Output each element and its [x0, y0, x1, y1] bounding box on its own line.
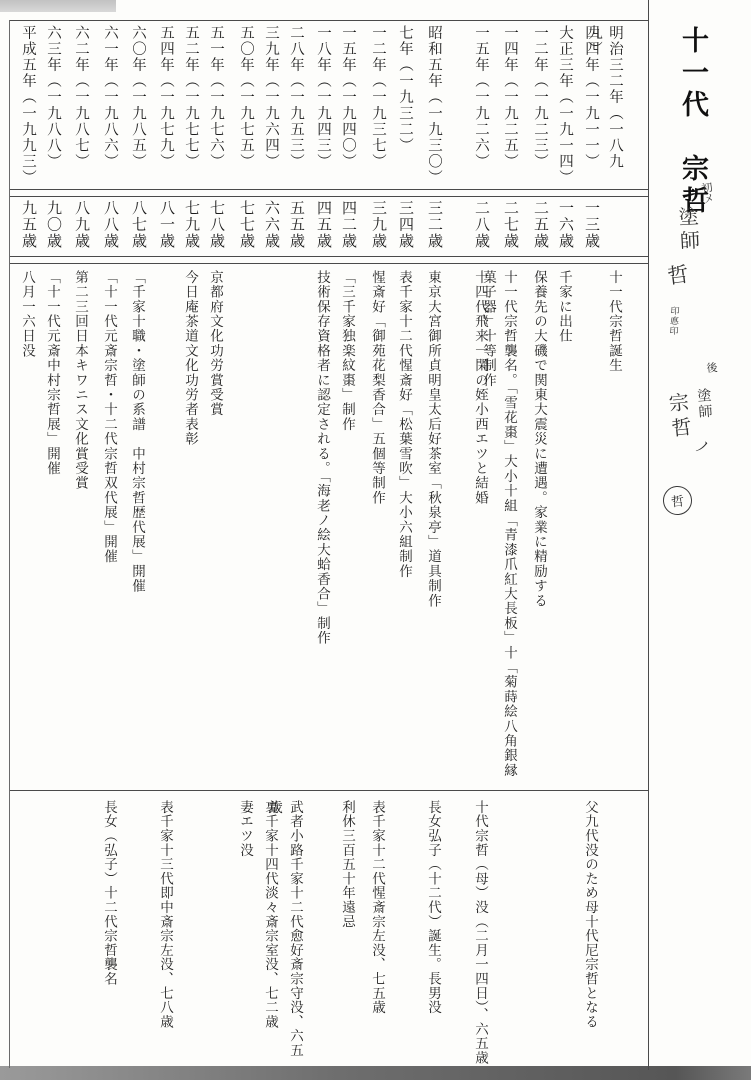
- age-cell: 一六歳: [551, 197, 575, 254]
- age-cell: 八八歳: [96, 197, 120, 254]
- year-cell: 六〇年（一九八五）: [124, 22, 148, 188]
- event-cell: 八月一六日没: [12, 266, 38, 788]
- age-cell: 三二歳: [420, 197, 444, 254]
- year-cell: 一五年（一九二六）: [467, 22, 491, 188]
- year-cell: 昭和五年（一九三〇）: [420, 22, 444, 188]
- event-cell: 惺斎好「御苑花梨香合」五個等制作: [362, 266, 388, 788]
- age-cell: 二五歳: [526, 197, 550, 254]
- year-cell: 二八年（一九五三）: [282, 22, 306, 188]
- year-cell: 平成五年（一九九三）: [14, 22, 38, 188]
- age-cell: 六六歳: [257, 197, 281, 254]
- handwritten-signature-early-char: 哲: [661, 262, 693, 286]
- age-cell: 一三歳: [577, 197, 601, 254]
- event-cell: 第二三回日本キワニス文化賞受賞: [65, 266, 91, 788]
- year-cell: 一二年（一九二三）: [526, 22, 550, 188]
- event-cell: 東京大宮御所貞明皇太后好茶室「秋泉亭」道具制作: [418, 266, 444, 788]
- family-event-cell: 表千家十三代即中斎宗左没、七八歳: [150, 794, 176, 1070]
- age-cell: 九〇歳: [39, 197, 63, 254]
- year-cell: 明治三二年（一八九九）: [601, 22, 625, 188]
- age-cell: 八九歳: [67, 197, 91, 254]
- family-event-cell: 父九代没のため母十代尼宗哲となる: [575, 794, 601, 1070]
- event-cell: 千家に出仕: [549, 266, 575, 788]
- handwritten-note-first: 初メ: [697, 181, 717, 205]
- age-cell: 三九歳: [364, 197, 388, 254]
- year-cell: 四四年（一九一一）: [577, 22, 601, 188]
- family-event-cell: 妻エツ没: [230, 794, 256, 1070]
- year-cell: 五一年（一九七六）: [202, 22, 226, 188]
- family-event-cell: 長女弘子（十二代）誕生。長男没: [418, 794, 444, 1070]
- event-cell: 表千家十二代惺斎好「松葉雪吹」大小六組制作: [389, 266, 415, 788]
- year-cell: 六一年（一九八六）: [96, 22, 120, 188]
- year-cell: 七年（一九三二）: [391, 22, 415, 188]
- handwritten-note-later: 後: [703, 361, 720, 373]
- year-cell: 六二年（一九八七）: [67, 22, 91, 188]
- handwritten-seal-note: 印悳印: [666, 306, 681, 337]
- age-cell: 七九歳: [177, 197, 201, 254]
- family-event-cell: 利休三百五十年遠忌: [332, 794, 358, 1070]
- handwritten-flourish: ノ: [688, 435, 714, 456]
- event-cell: 十四代飛来一閑の姪小西エツと結婚: [465, 266, 491, 788]
- handwritten-seal-circle: 哲: [662, 485, 693, 516]
- age-band: 一三歳一六歳二五歳二七歳二八歳三二歳三四歳三九歳四二歳四五歳五五歳六六歳七七歳七…: [9, 197, 648, 255]
- year-cell: 一二年（一九三七）: [364, 22, 388, 188]
- event-cell: 十一代宗哲誕生: [599, 266, 625, 788]
- event-cell: 「三千家独楽紋棗」制作: [332, 266, 358, 788]
- family-event-cell: 武者小路千家十二代愈好斎宗守没、六五歳: [280, 794, 306, 1070]
- event-cell: 今日庵茶道文化功労者表彰: [175, 266, 201, 788]
- family-event-cell: 表千家十二代惺斎宗左没、七五歳: [362, 794, 388, 1070]
- scanned-chronology-page: 十一代 宗哲 初メ 塗師 哲 印悳印 後 塗師 宗哲 ノ 哲 明治三二年（一八九…: [0, 0, 751, 1080]
- family-event-cell: 長女（弘子）十二代宗哲襲名: [94, 794, 120, 1070]
- age-cell: 五五歳: [282, 197, 306, 254]
- year-cell: 一五年（一九四〇）: [334, 22, 358, 188]
- age-cell: 四五歳: [309, 197, 333, 254]
- year-cell: 三九年（一九六四）: [257, 22, 281, 188]
- age-cell: 七八歳: [202, 197, 226, 254]
- event-cell: 「千家十職・塗師の系譜 中村宗哲歴代展」開催: [122, 266, 148, 788]
- event-cell: 「十一代元斎宗哲・十二代宗哲双代展」開催: [94, 266, 120, 788]
- family-event-cell: 十代宗哲（母）没（二月一四日）、六五歳: [465, 794, 491, 1070]
- family-events-band: 父九代没のため母十代尼宗哲となる十代宗哲（母）没（二月一四日）、六五歳長女弘子（…: [9, 794, 648, 1070]
- event-cell: 保養先の大磯で関東大震災に遭遇。家業に精励する: [524, 266, 550, 788]
- age-cell: 七七歳: [232, 197, 256, 254]
- year-band: 明治三二年（一八九九）四四年（一九一一）大正三年（一九一四）一二年（一九二三）一…: [9, 22, 648, 188]
- age-cell: 二八歳: [467, 197, 491, 254]
- family-event-cell: 裏千家十四代淡々斎宗室没、七二歳: [255, 794, 281, 1070]
- rule-title-divider: [648, 0, 649, 1070]
- year-cell: 五二年（一九七七）: [177, 22, 201, 188]
- year-cell: 大正三年（一九一四）: [551, 22, 575, 188]
- age-cell: 三四歳: [391, 197, 415, 254]
- age-cell: 二七歳: [496, 197, 520, 254]
- handwritten-signature-late-right: 塗師: [693, 387, 715, 420]
- age-cell: 四二歳: [334, 197, 358, 254]
- age-cell: 八七歳: [124, 197, 148, 254]
- age-cell: 九五歳: [14, 197, 38, 254]
- handwritten-signature-early: 塗師: [673, 205, 704, 254]
- chronology-table: 明治三二年（一八九九）四四年（一九一一）大正三年（一九一四）一二年（一九二三）一…: [9, 0, 648, 1080]
- event-cell: 京都府文化功労賞受賞: [200, 266, 226, 788]
- event-cell: 技術保存資格者に認定される。「海老ノ絵大蛤香合」制作: [307, 266, 333, 788]
- age-cell: 八一歳: [152, 197, 176, 254]
- year-cell: 一四年（一九二五）: [496, 22, 520, 188]
- year-cell: 六三年（一九八八）: [39, 22, 63, 188]
- main-events-band: 十一代宗哲誕生千家に出仕保養先の大磯で関東大震災に遭遇。家業に精励する十一代宗哲…: [9, 266, 648, 788]
- year-cell: 五四年（一九七九）: [152, 22, 176, 188]
- year-cell: 一八年（一九四三）: [309, 22, 333, 188]
- event-cell: 「十一代元斎中村宗哲展」開催: [37, 266, 63, 788]
- year-cell: 五〇年（一九七五）: [232, 22, 256, 188]
